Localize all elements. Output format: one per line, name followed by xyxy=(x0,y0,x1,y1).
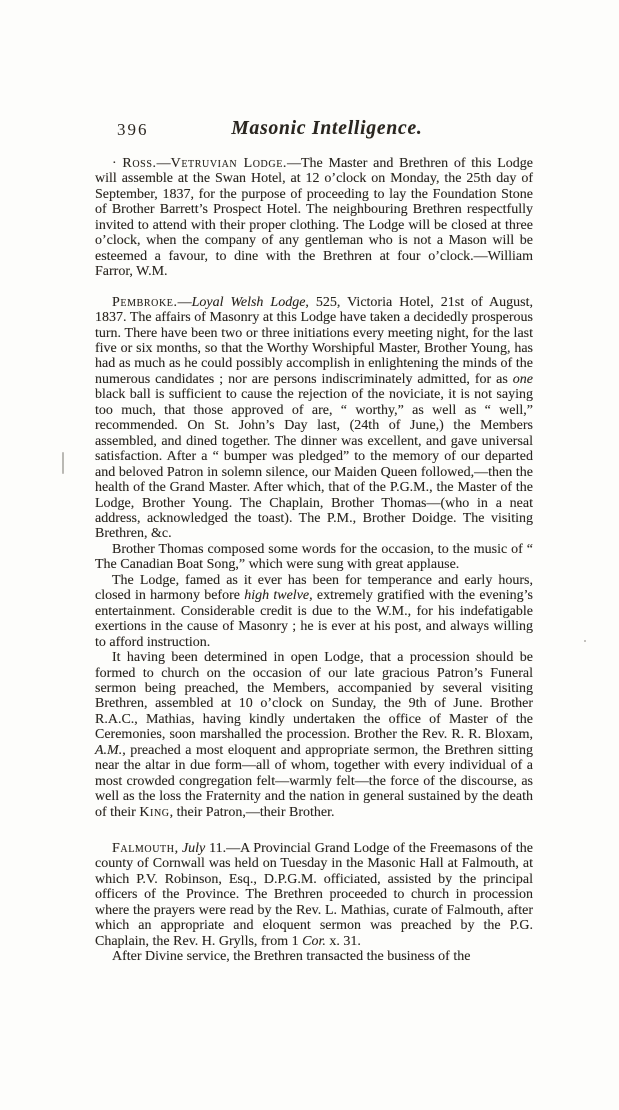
paragraph-falmouth-provincial-grand-lodge: Falmouth, July 11.—A Provincial Grand Lo… xyxy=(95,841,533,949)
text-segment: Pembroke. xyxy=(112,295,178,310)
paragraph-lodge-temperance: The Lodge, famed as it ever has been for… xyxy=(95,573,533,650)
text-segment: Cor. xyxy=(302,934,326,949)
text-segment: high twelve xyxy=(244,588,309,603)
article-text: · Ross.—Vetruvian Lodge.—The Master and … xyxy=(95,156,533,965)
text-segment: Falmouth xyxy=(112,841,175,856)
text-segment: It having been determined in open Lodge,… xyxy=(95,650,533,742)
text-segment: Loyal Welsh Lodge xyxy=(192,295,306,310)
text-segment: Ross. xyxy=(122,156,156,171)
text-segment: A.M. xyxy=(95,743,122,758)
scan-artifact-speck xyxy=(584,640,586,642)
text-segment: black ball is sufficient to cause the re… xyxy=(95,387,533,541)
text-segment: 11.—A Provincial Grand Lodge of the Free… xyxy=(95,841,533,949)
text-segment: , their Patron,—their Brother. xyxy=(170,805,335,820)
text-segment: one xyxy=(513,372,533,387)
running-title: Masonic Intelligence. xyxy=(108,118,546,140)
document-page: 396 Masonic Intelligence. · Ross.—Vetruv… xyxy=(0,0,619,1110)
text-segment: July xyxy=(182,841,205,856)
text-segment: Vetruvian Lodge. xyxy=(171,156,287,171)
paragraph-pembroke-loyal-welsh-lodge: Pembroke.—Loyal Welsh Lodge, 525, Victor… xyxy=(95,295,533,542)
paragraph-funeral-procession: It having been determined in open Lodge,… xyxy=(95,650,533,820)
text-segment: After Divine service, the Brethren trans… xyxy=(112,949,470,964)
page-header: 396 Masonic Intelligence. xyxy=(95,118,533,148)
text-segment: · xyxy=(112,156,122,171)
text-segment: Brother Thomas composed some words for t… xyxy=(95,542,533,572)
text-segment: —The Master and Brethren of this Lodge w… xyxy=(95,156,533,279)
paragraph-after-divine-service: After Divine service, the Brethren trans… xyxy=(95,949,533,964)
text-segment: x. 31. xyxy=(326,934,361,949)
text-segment: King xyxy=(139,805,169,820)
text-segment: , xyxy=(175,841,182,856)
text-segment: — xyxy=(178,295,192,310)
text-segment: — xyxy=(157,156,171,171)
scan-artifact-line xyxy=(62,452,64,474)
paragraph-ross-vetruvian-lodge: · Ross.—Vetruvian Lodge.—The Master and … xyxy=(95,156,533,280)
paragraph-canadian-boat-song: Brother Thomas composed some words for t… xyxy=(95,542,533,573)
